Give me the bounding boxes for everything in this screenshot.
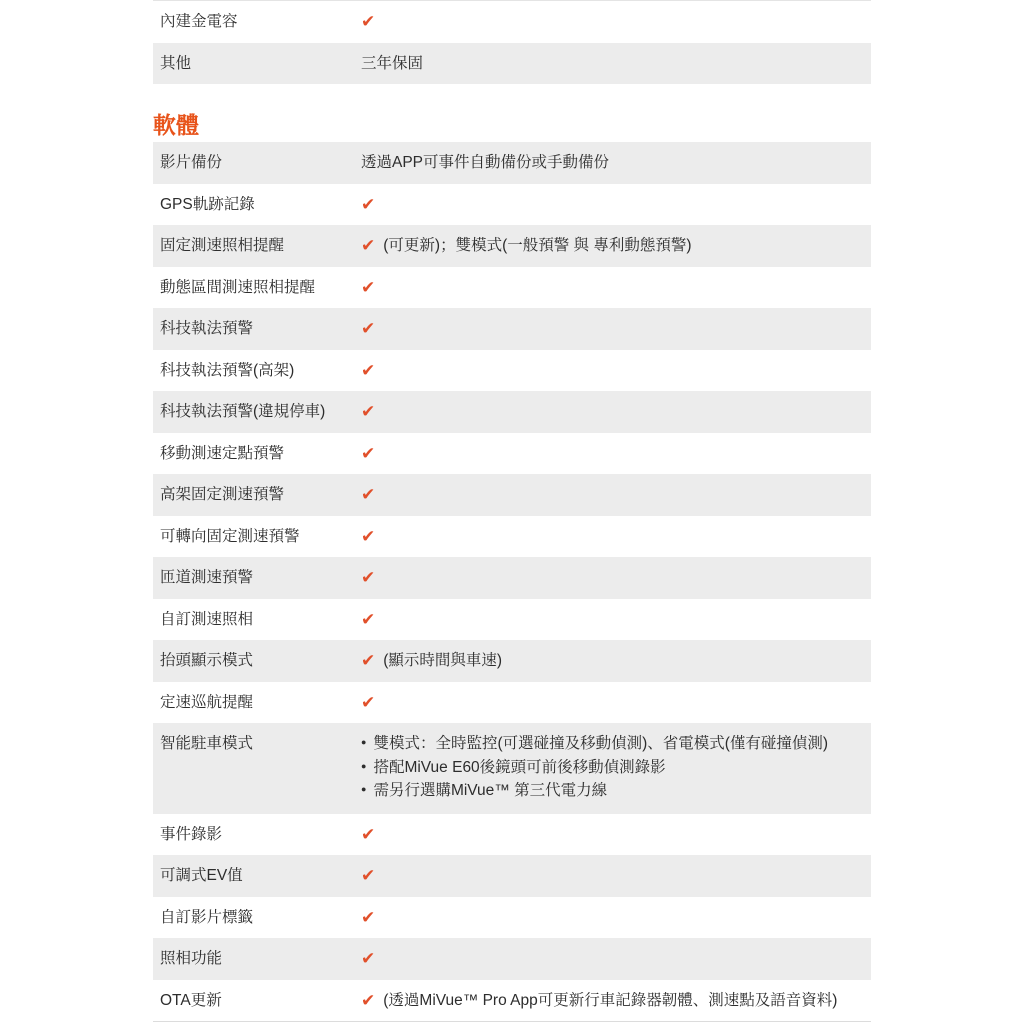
spec-row: 自訂影片標籤✔	[153, 897, 871, 939]
bottom-divider	[153, 1021, 871, 1022]
spec-row: 內建金電容✔	[153, 1, 871, 43]
spec-value: ✔(透過MiVue™ Pro App可更新行車記錄器韌體、測速點及語音資料)	[361, 990, 871, 1012]
spec-page: 內建金電容✔其他三年保固軟體影片備份透過APP可事件自動備份或手動備份GPS軌跡…	[153, 0, 871, 1022]
spec-label: 科技執法預警	[153, 318, 361, 340]
spec-row: 可轉向固定測速預警✔	[153, 516, 871, 558]
spec-value: ✔(可更新)；雙模式(一般預警 與 專利動態預警)	[361, 235, 871, 257]
spec-label: 影片備份	[153, 152, 361, 174]
spec-label: 可轉向固定測速預警	[153, 526, 361, 548]
check-icon: ✔	[361, 403, 375, 420]
check-icon: ✔	[361, 867, 375, 884]
spec-label: 科技執法預警(高架)	[153, 360, 361, 382]
check-icon: ✔	[361, 13, 375, 30]
spec-label: 移動測速定點預警	[153, 443, 361, 465]
spec-value: ✔	[361, 867, 871, 884]
spec-label: 匝道測速預警	[153, 567, 361, 589]
bullet-text: 雙模式：全時監控(可選碰撞及移動偵測)、省電模式(僅有碰撞偵測)	[373, 733, 828, 755]
spec-label: 照相功能	[153, 948, 361, 970]
spec-label: GPS軌跡記錄	[153, 194, 361, 216]
spec-row: 事件錄影✔	[153, 814, 871, 856]
spec-label: 自訂影片標籤	[153, 907, 361, 929]
spec-row: 定速巡航提醒✔	[153, 682, 871, 724]
check-icon: ✔	[361, 826, 375, 843]
spec-value: ✔	[361, 403, 871, 420]
spec-value: ✔	[361, 569, 871, 586]
spec-value: ✔	[361, 826, 871, 843]
spec-row: GPS軌跡記錄✔	[153, 184, 871, 226]
spec-label: 高架固定測速預警	[153, 484, 361, 506]
spec-label: 科技執法預警(違規停車)	[153, 401, 361, 423]
spec-row: 智能駐車模式●雙模式：全時監控(可選碰撞及移動偵測)、省電模式(僅有碰撞偵測)●…	[153, 723, 871, 814]
spec-row: 自訂測速照相✔	[153, 599, 871, 641]
spec-row: 科技執法預警(高架)✔	[153, 350, 871, 392]
spec-value: ✔	[361, 611, 871, 628]
spec-row: 其他三年保固	[153, 43, 871, 85]
check-icon: ✔	[361, 909, 375, 926]
spec-label: 可調式EV值	[153, 865, 361, 887]
bullet-text: 搭配MiVue E60後鏡頭可前後移動偵測錄影	[373, 757, 665, 779]
spec-row: 匝道測速預警✔	[153, 557, 871, 599]
spec-row: 科技執法預警(違規停車)✔	[153, 391, 871, 433]
spec-value: 三年保固	[361, 53, 871, 75]
spec-label: 定速巡航提醒	[153, 692, 361, 714]
spec-value: ✔	[361, 196, 871, 213]
bullet-icon: ●	[361, 756, 366, 778]
spec-row: OTA更新✔(透過MiVue™ Pro App可更新行車記錄器韌體、測速點及語音…	[153, 980, 871, 1022]
bullet-icon: ●	[361, 732, 366, 754]
section-title: 軟體	[153, 110, 871, 140]
bullet-line: ●需另行選購MiVue™ 第三代電力線	[361, 780, 863, 804]
value-text: 三年保固	[361, 53, 423, 75]
check-icon: ✔	[361, 950, 375, 967]
spec-table: 內建金電容✔其他三年保固軟體影片備份透過APP可事件自動備份或手動備份GPS軌跡…	[153, 0, 871, 1022]
value-text: (可更新)；雙模式(一般預警 與 專利動態預警)	[383, 235, 691, 257]
spec-label: OTA更新	[153, 990, 361, 1012]
spec-row: 移動測速定點預警✔	[153, 433, 871, 475]
spec-label: 自訂測速照相	[153, 609, 361, 631]
spec-label: 內建金電容	[153, 11, 361, 33]
spec-row: 照相功能✔	[153, 938, 871, 980]
spec-value: ✔	[361, 445, 871, 462]
check-icon: ✔	[361, 569, 375, 586]
spec-value: ✔	[361, 950, 871, 967]
check-icon: ✔	[361, 694, 375, 711]
spec-row: 可調式EV值✔	[153, 855, 871, 897]
check-icon: ✔	[361, 445, 375, 462]
check-icon: ✔	[361, 486, 375, 503]
spec-row: 影片備份透過APP可事件自動備份或手動備份	[153, 142, 871, 184]
check-icon: ✔	[361, 237, 375, 254]
spec-value: ✔(顯示時間與車速)	[361, 650, 871, 672]
spec-label: 動態區間測速照相提醒	[153, 277, 361, 299]
spec-row: 科技執法預警✔	[153, 308, 871, 350]
check-icon: ✔	[361, 279, 375, 296]
spec-value: ✔	[361, 694, 871, 711]
spec-value: ✔	[361, 486, 871, 503]
spec-row: 動態區間測速照相提醒✔	[153, 267, 871, 309]
check-icon: ✔	[361, 528, 375, 545]
value-text: (顯示時間與車速)	[383, 650, 502, 672]
spec-value: 透過APP可事件自動備份或手動備份	[361, 152, 871, 174]
spec-value: ✔	[361, 320, 871, 337]
bullet-line: ●搭配MiVue E60後鏡頭可前後移動偵測錄影	[361, 757, 863, 781]
spec-label: 事件錄影	[153, 824, 361, 846]
bullet-text: 需另行選購MiVue™ 第三代電力線	[373, 780, 607, 802]
value-text: 透過APP可事件自動備份或手動備份	[361, 152, 609, 174]
check-icon: ✔	[361, 362, 375, 379]
check-icon: ✔	[361, 652, 375, 669]
spec-value: ✔	[361, 279, 871, 296]
spec-label: 固定測速照相提醒	[153, 235, 361, 257]
spec-label: 抬頭顯示模式	[153, 650, 361, 672]
check-icon: ✔	[361, 992, 375, 1009]
value-text: (透過MiVue™ Pro App可更新行車記錄器韌體、測速點及語音資料)	[383, 990, 837, 1012]
spec-row: 固定測速照相提醒✔(可更新)；雙模式(一般預警 與 專利動態預警)	[153, 225, 871, 267]
spec-row: 抬頭顯示模式✔(顯示時間與車速)	[153, 640, 871, 682]
spec-label: 智能駐車模式	[153, 733, 361, 755]
spec-value: ✔	[361, 909, 871, 926]
spec-row: 高架固定測速預警✔	[153, 474, 871, 516]
bullet-line: ●雙模式：全時監控(可選碰撞及移動偵測)、省電模式(僅有碰撞偵測)	[361, 733, 863, 757]
spec-value: ✔	[361, 13, 871, 30]
check-icon: ✔	[361, 611, 375, 628]
spec-value: ●雙模式：全時監控(可選碰撞及移動偵測)、省電模式(僅有碰撞偵測)●搭配MiVu…	[361, 733, 871, 804]
spec-value: ✔	[361, 362, 871, 379]
spec-label: 其他	[153, 53, 361, 75]
spec-value: ✔	[361, 528, 871, 545]
check-icon: ✔	[361, 196, 375, 213]
check-icon: ✔	[361, 320, 375, 337]
bullet-icon: ●	[361, 779, 366, 801]
